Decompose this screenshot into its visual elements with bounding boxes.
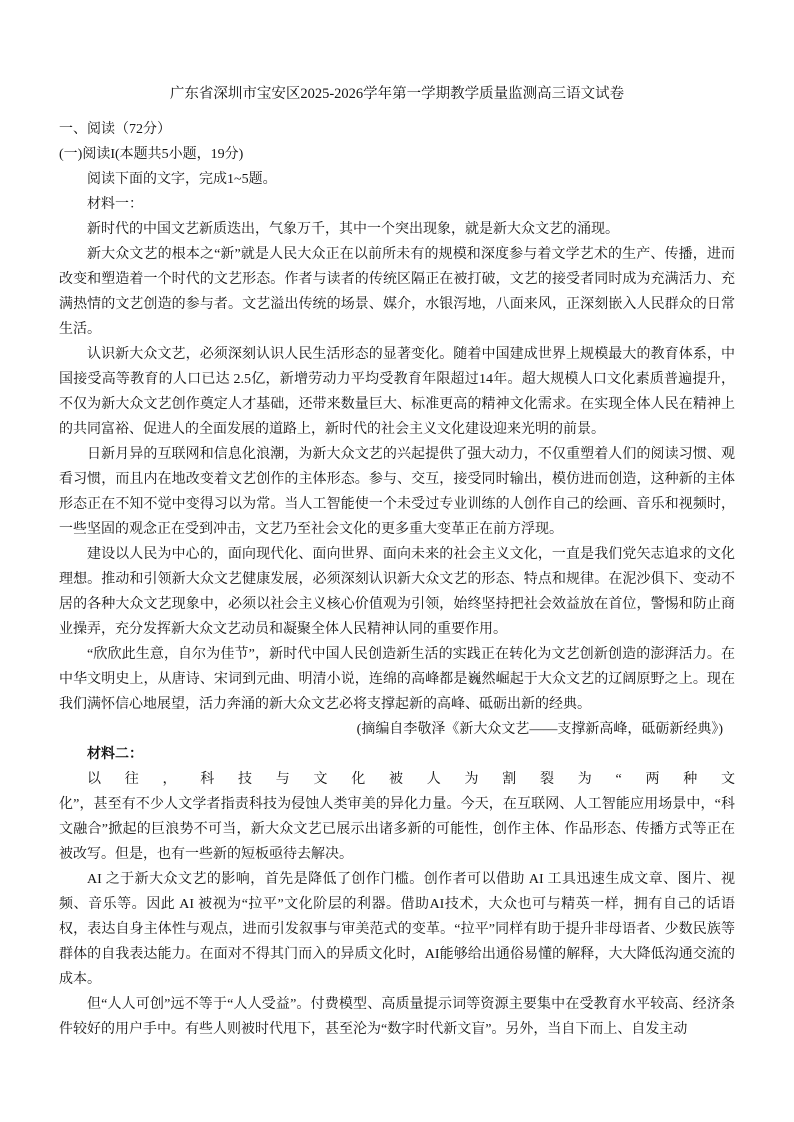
material-one-paragraph-6: “欣欣此生意，自尔为佳节”，新时代中国人民创造新生活的实践正在转化为文艺创新创造… xyxy=(59,642,735,717)
subsection-heading-reading-1: (一)阅读I(本题共5小题，19分) xyxy=(59,142,735,167)
material-one-paragraph-4: 日新月异的互联网和信息化浪潮，为新大众文艺的兴起提供了强大动力，不仅重塑着人们的… xyxy=(59,442,735,542)
instruction-text: 阅读下面的文字，完成1~5题。 xyxy=(59,167,735,192)
material-one-paragraph-2: 新大众文艺的根本之“新”就是人民大众正在以前所未有的规模和深度参与着文学艺术的生… xyxy=(59,242,735,342)
page-title: 广东省深圳市宝安区2025-2026学年第一学期教学质量监测高三语文试卷 xyxy=(59,82,735,107)
material-two-label: 材料二： xyxy=(59,742,735,767)
document-page: 广东省深圳市宝安区2025-2026学年第一学期教学质量监测高三语文试卷 一、阅… xyxy=(0,0,794,1122)
material-two-paragraph-1-rest: 化”，甚至有不少人文学者指责科技为侵蚀人类审美的异化力量。今天，在互联网、人工智… xyxy=(59,792,735,867)
material-two-paragraph-2: AI 之于新大众文艺的影响，首先是降低了创作门槛。创作者可以借助 AI 工具迅速… xyxy=(59,867,735,992)
material-one-paragraph-1: 新时代的中国文艺新质迭出，气象万千，其中一个突出现象，就是新大众文艺的涌现。 xyxy=(59,217,735,242)
material-two-paragraph-1-first-line: 以往，科技与文化被人为割裂为“两种文 xyxy=(59,767,735,792)
material-one-label: 材料一： xyxy=(59,192,735,217)
material-two-paragraph-3: 但“人人可创”远不等于“人人受益”。付费模型、高质量提示词等资源主要集中在受教育… xyxy=(59,992,735,1042)
section-heading-reading: 一、阅读（72分） xyxy=(59,117,735,142)
material-one-paragraph-3: 认识新大众文艺，必须深刻认识人民生活形态的显著变化。随着中国建成世界上规模最大的… xyxy=(59,342,735,442)
material-one-paragraph-5: 建设以人民为中心的，面向现代化、面向世界、面向未来的社会主义文化，一直是我们党矢… xyxy=(59,542,735,642)
material-one-attribution: (摘编自李敬泽《新大众文艺——支撑新高峰，砥砺新经典》) xyxy=(59,717,735,742)
document-content: 广东省深圳市宝安区2025-2026学年第一学期教学质量监测高三语文试卷 一、阅… xyxy=(59,82,735,1042)
